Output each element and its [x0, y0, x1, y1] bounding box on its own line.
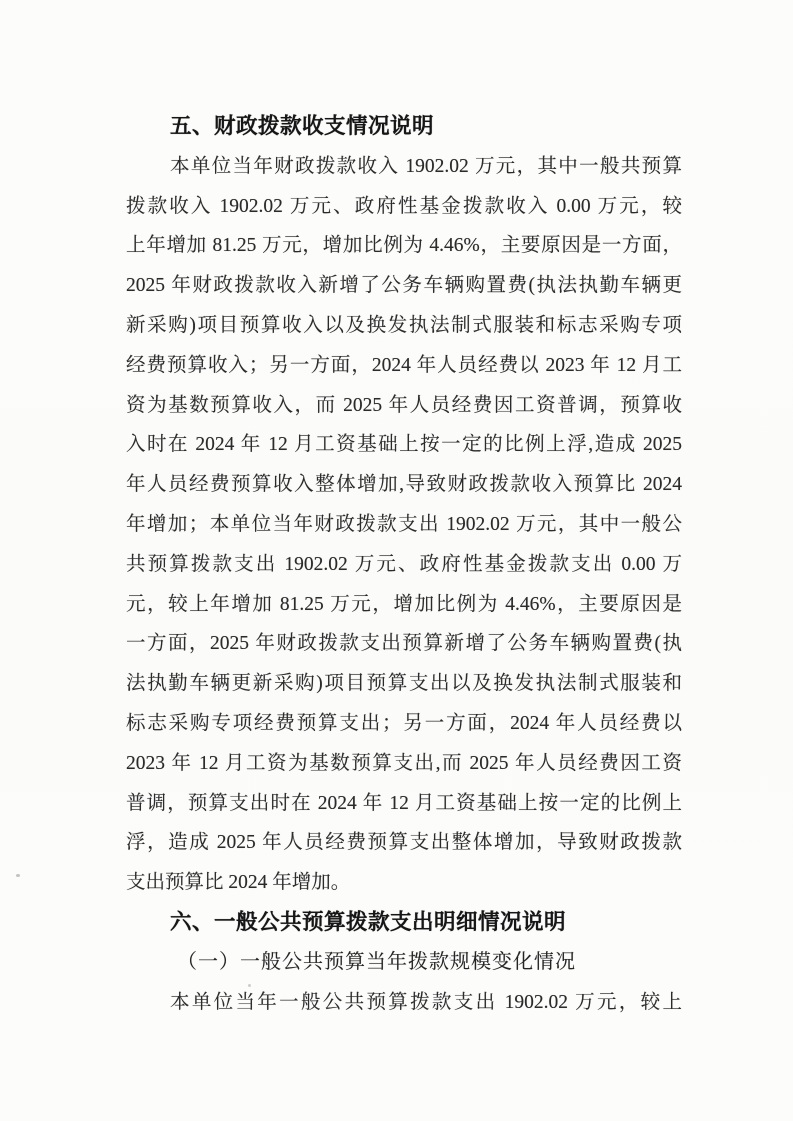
- body-line: 年增加；本单位当年财政拨款支出 1902.02 万元，其中一般公: [126, 505, 682, 545]
- section-heading-six: 六、一般公共预算拨款支出明细情况说明: [126, 903, 682, 943]
- body-line: 浮，造成 2025 年人员经费预算支出整体增加，导致财政拨款: [126, 823, 682, 863]
- body-line: 拨款收入 1902.02 万元、政府性基金拨款收入 0.00 万元，较: [126, 187, 682, 227]
- subsection-heading-one: （一）一般公共预算当年拨款规模变化情况: [126, 943, 682, 983]
- body-line: 2025 年财政拨款收入新增了公务车辆购置费(执法执勤车辆更: [126, 266, 682, 306]
- body-line: 新采购)项目预算收入以及换发执法制式服装和标志采购专项: [126, 306, 682, 346]
- scan-speck: [16, 874, 20, 877]
- body-line: 一方面，2025 年财政拨款支出预算新增了公务车辆购置费(执: [126, 624, 682, 664]
- body-line: 本单位当年一般公共预算拨款支出 1902.02 万元，较上: [126, 983, 682, 1023]
- body-line: 2023 年 12 月工资为基数预算支出,而 2025 年人员经费因工资: [126, 744, 682, 784]
- body-line: 经费预算收入；另一方面，2024 年人员经费以 2023 年 12 月工: [126, 346, 682, 386]
- body-line: 共预算拨款支出 1902.02 万元、政府性基金拨款支出 0.00 万: [126, 545, 682, 585]
- body-line: 资为基数预算收入，而 2025 年人员经费因工资普调，预算收: [126, 386, 682, 426]
- body-line: 上年增加 81.25 万元，增加比例为 4.46%，主要原因是一方面，: [126, 226, 682, 266]
- body-line: 入时在 2024 年 12 月工资基础上按一定的比例上浮,造成 2025: [126, 425, 682, 465]
- body-line: 普调，预算支出时在 2024 年 12 月工资基础上按一定的比例上: [126, 784, 682, 824]
- body-line: 年人员经费预算收入整体增加,导致财政拨款收入预算比 2024: [126, 465, 682, 505]
- section-heading-five: 五、财政拨款收支情况说明: [126, 107, 682, 147]
- body-line: 本单位当年财政拨款收入 1902.02 万元，其中一般共预算: [126, 147, 682, 187]
- text-column: 五、财政拨款收支情况说明本单位当年财政拨款收入 1902.02 万元，其中一般共…: [126, 107, 682, 1022]
- body-line: 法执勤车辆更新采购)项目预算支出以及换发执法制式服装和: [126, 664, 682, 704]
- body-line: 元，较上年增加 81.25 万元，增加比例为 4.46%，主要原因是: [126, 585, 682, 625]
- body-line: 标志采购专项经费预算支出；另一方面，2024 年人员经费以: [126, 704, 682, 744]
- body-line: 支出预算比 2024 年增加。: [126, 863, 682, 903]
- document-page: 五、财政拨款收支情况说明本单位当年财政拨款收入 1902.02 万元，其中一般共…: [0, 0, 793, 1121]
